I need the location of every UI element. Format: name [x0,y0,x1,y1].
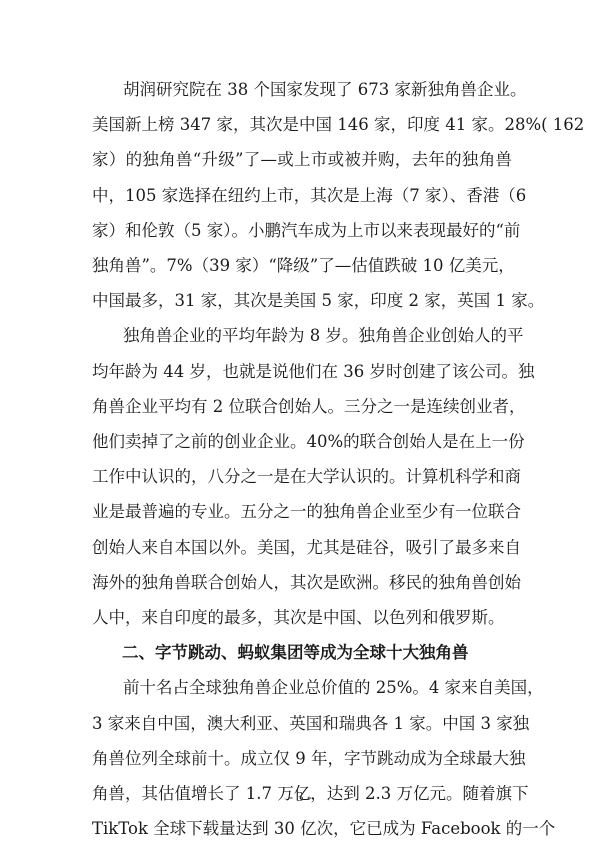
text-line: 3 家来自中国，澳大利亚、英国和瑞典各 1 家。中国 3 家独 [92,706,512,741]
text-line: 独角兽企业的平均年龄为 8 岁。独角兽企业创始人的平 [92,318,512,353]
paragraph-1: 胡润研究院在 38 个国家发现了 673 家新独角兽企业。 美国新上榜 347 … [92,72,512,318]
text-line: 胡润研究院在 38 个国家发现了 673 家新独角兽企业。 [92,72,512,107]
text-line: 角兽位列全球前十。成立仅 9 年，字节跳动成为全球最大独 [92,741,512,776]
text-line: 中国最多，31 家，其次是美国 5 家，印度 2 家，英国 1 家。 [92,283,512,318]
paragraph-2: 独角兽企业的平均年龄为 8 岁。独角兽企业创始人的平 均年龄为 44 岁，也就是… [92,318,512,635]
text-line: TikTok 全球下载量达到 30 亿次，它已成为 Facebook 的一个 [92,811,512,846]
text-line: 中，105 家选择在纽约上市，其次是上海（7 家）、香港（6 [92,178,512,213]
text-line: 他们卖掉了之前的创业企业。40%的联合创始人是在上一份 [92,424,512,459]
text-line: 创始人来自本国以外。美国，尤其是硅谷，吸引了最多来自 [92,530,512,565]
page-number: - 3 - [0,790,600,806]
text-line: 美国新上榜 347 家，其次是中国 146 家，印度 41 家。28%( 162 [92,107,512,142]
text-line: 家）的独角兽“升级”了—或上市或被并购，去年的独角兽 [92,142,512,177]
paragraph-3: 前十名占全球独角兽企业总价值的 25%。4 家来自美国， 3 家来自中国，澳大利… [92,670,512,846]
section-heading: 二、字节跳动、蚂蚁集团等成为全球十大独角兽 [92,635,512,670]
text-line: 均年龄为 44 岁，也就是说他们在 36 岁时创建了该公司。独 [92,354,512,389]
text-line: 家）和伦敦（5 家）。小鹏汽车成为上市以来表现最好的“前 [92,213,512,248]
text-line: 前十名占全球独角兽企业总价值的 25%。4 家来自美国， [92,670,512,705]
text-line: 业是最普遍的专业。五分之一的独角兽企业至少有一位联合 [92,494,512,529]
text-line: 角兽企业平均有 2 位联合创始人。三分之一是连续创业者， [92,389,512,424]
document-body: 胡润研究院在 38 个国家发现了 673 家新独角兽企业。 美国新上榜 347 … [92,72,512,846]
text-line: 海外的独角兽联合创始人，其次是欧洲。移民的独角兽创始 [92,565,512,600]
text-line: 工作中认识的，八分之一是在大学认识的。计算机科学和商 [92,459,512,494]
text-line: 独角兽”。7%（39 家）“降级”了—估值跌破 10 亿美元， [92,248,512,283]
text-line: 人中，来自印度的最多，其次是中国、以色列和俄罗斯。 [92,600,512,635]
